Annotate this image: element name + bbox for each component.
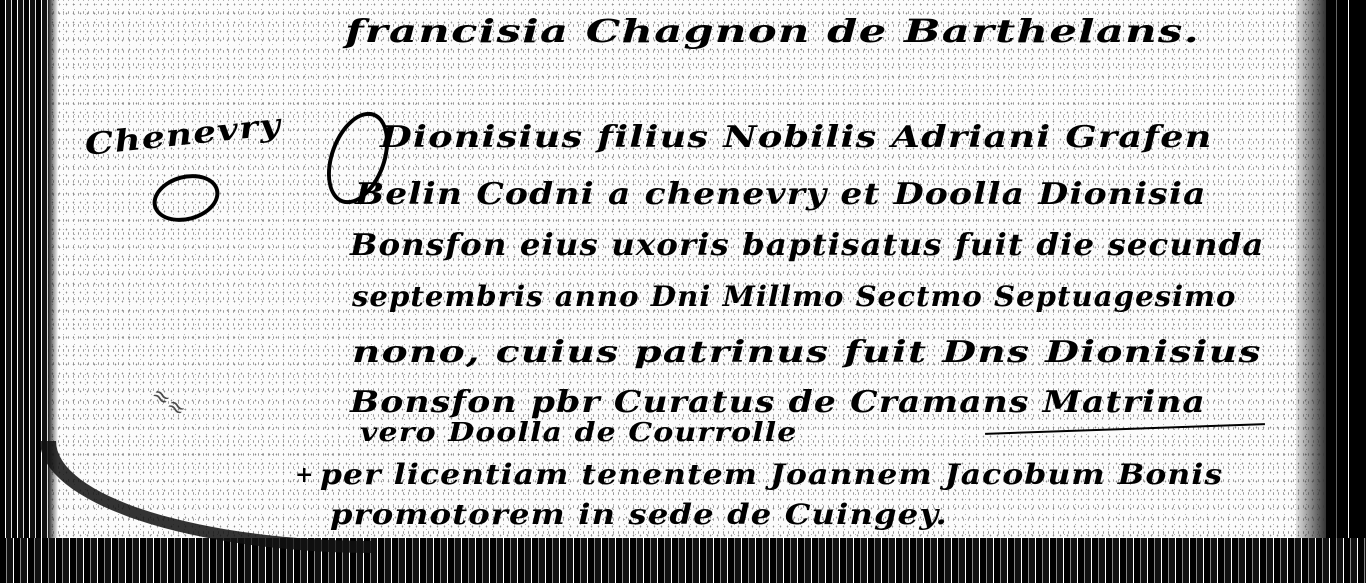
entry-line-9: promotorem in sede de Cuingey. bbox=[330, 498, 948, 531]
entry-line-4: septembris anno Dni Millmo Sectmo Septua… bbox=[352, 280, 1237, 313]
right-edge-shadow bbox=[1296, 0, 1326, 583]
bottom-page-edge bbox=[0, 538, 1366, 583]
entry-line-1: Dionisius filius Nobilis Adriani Grafen bbox=[380, 120, 1213, 155]
left-binding-edge bbox=[0, 0, 48, 583]
entry-line-7: vero Doolla de Courrolle bbox=[360, 418, 797, 448]
carryover-line: francisia Chagnon de Barthelans. bbox=[345, 12, 1200, 50]
right-page-edge bbox=[1326, 0, 1366, 583]
left-binding-shadow bbox=[48, 0, 58, 583]
insertion-mark: + bbox=[295, 462, 314, 488]
entry-line-8: per licentiam tenentem Joannem Jacobum B… bbox=[320, 458, 1223, 491]
entry-line-6: Bonsfon pbr Curatus de Cramans Matrina bbox=[350, 385, 1206, 420]
entry-line-3: Bonsfon eius uxoris baptisatus fuit die … bbox=[350, 228, 1264, 263]
entry-line-2: Belin Codni a chenevry et Doolla Dionisi… bbox=[355, 177, 1207, 212]
entry-line-5: nono, cuius patrinus fuit Dns Dionisius bbox=[352, 335, 1262, 370]
